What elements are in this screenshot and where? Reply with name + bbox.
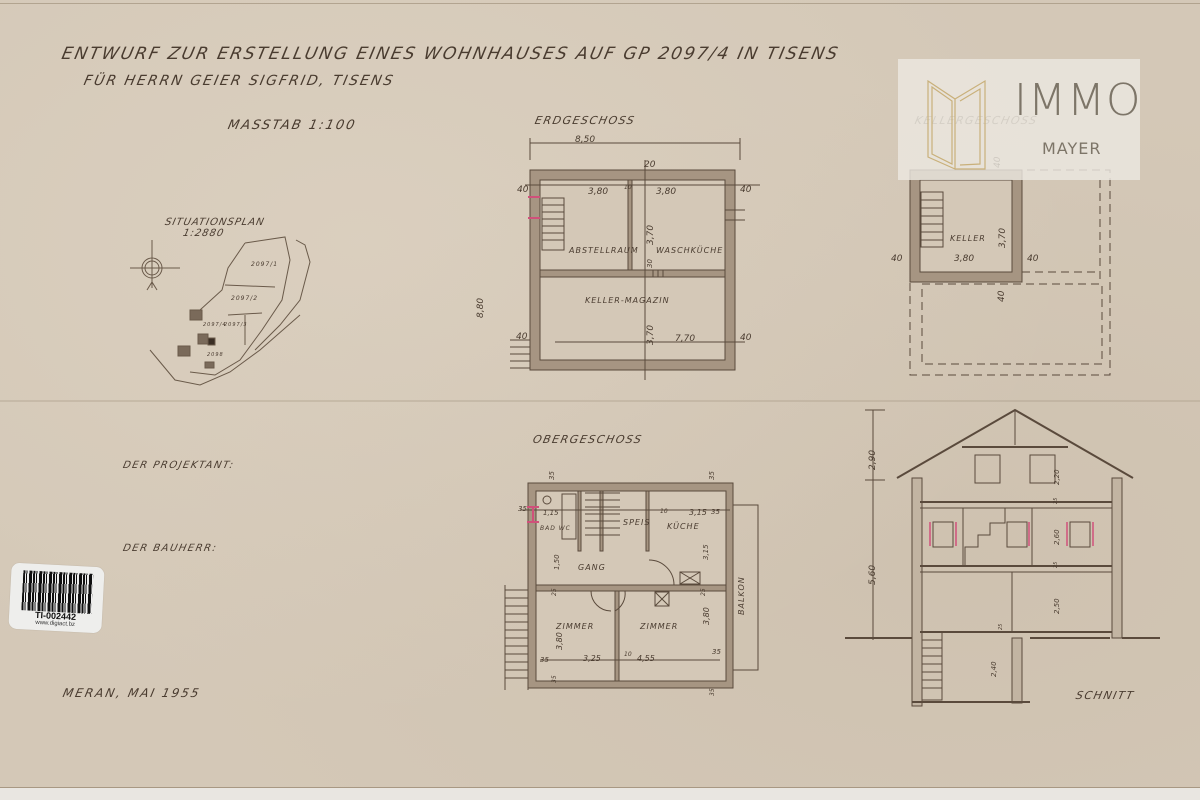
dimension: 3,70 xyxy=(998,228,1008,248)
dimension: 3,15 xyxy=(689,508,707,517)
dimension: 3,70 xyxy=(646,225,656,245)
section-heading: SCHNITT xyxy=(1075,689,1136,702)
room-label: WASCHKÜCHE xyxy=(656,246,723,255)
dimension: 5,60 xyxy=(868,565,878,585)
archive-barcode-label: TI-002442 www.digiact.bz xyxy=(8,563,104,634)
dimension: 3,80 xyxy=(702,607,711,625)
dimension: 8,80 xyxy=(476,298,486,318)
dimension: 25 xyxy=(700,588,707,596)
dimension: 2,50 xyxy=(1053,598,1061,614)
dimension: 35 xyxy=(518,505,527,513)
upper-floor-heading: OBERGESCHOSS xyxy=(532,433,644,446)
room-label: ZIMMER xyxy=(556,622,594,631)
dimension: 35 xyxy=(709,688,716,696)
dimension: 40 xyxy=(516,332,527,342)
dimension: 35 xyxy=(712,648,721,656)
dimension: 3,70 xyxy=(646,325,656,345)
dimension: 35 xyxy=(548,471,556,480)
dimension: 10 xyxy=(660,508,668,515)
dimension: 40 xyxy=(891,254,902,264)
ground-floor-plan xyxy=(510,138,760,380)
site-plan xyxy=(130,237,310,385)
room-label: KÜCHE xyxy=(667,522,700,531)
dimension: 1,50 xyxy=(553,554,561,570)
designer-signature-label: DER PROJEKTANT: xyxy=(122,460,236,471)
dimension: 2,60 xyxy=(1053,529,1061,545)
logo-brand-text: IMMO xyxy=(1014,75,1142,126)
dimension: 2,20 xyxy=(1053,469,1061,485)
dimension: 3,80 xyxy=(656,187,676,197)
document-title: ENTWURF ZUR ERSTELLUNG EINES WOHNHAUSES … xyxy=(60,44,841,64)
dimension: 3,80 xyxy=(954,254,974,264)
dimension: 10 xyxy=(624,184,632,191)
dimension: 25 xyxy=(998,624,1004,630)
dimension: 2,40 xyxy=(990,661,998,677)
parcel-label: 2097/1 xyxy=(251,261,278,268)
dimension: 7,70 xyxy=(675,334,695,344)
site-plan-scale: 1:2880 xyxy=(182,228,226,239)
parcel-label: 2097/4 xyxy=(203,322,227,328)
room-label: KELLER xyxy=(950,234,986,243)
dimension: 8,50 xyxy=(575,135,595,145)
dimension: 3,25 xyxy=(583,654,601,663)
dimension: 35 xyxy=(711,508,720,516)
basement-plan xyxy=(910,170,1110,375)
dimension: 25 xyxy=(551,588,558,596)
dimension: 3,15 xyxy=(702,544,710,560)
dimension: 10 xyxy=(624,651,632,658)
ground-floor-heading: ERDGESCHOSS xyxy=(534,114,637,127)
dimension: 25 xyxy=(1053,562,1059,568)
owner-signature-label: DER BAUHERR: xyxy=(122,543,219,554)
dimension: 35 xyxy=(551,675,558,683)
dimension: 40 xyxy=(997,291,1007,302)
logo-brand-subtext: MAYER xyxy=(1042,139,1102,158)
dimension: 4,55 xyxy=(637,654,655,663)
scale-label: MASSTAB 1:100 xyxy=(226,118,358,133)
barcode-icon xyxy=(21,570,93,614)
dimension: 20 xyxy=(644,160,655,170)
dimension: 35 xyxy=(540,656,549,664)
room-label: KELLER-MAGAZIN xyxy=(585,296,670,305)
room-label: GANG xyxy=(578,563,606,572)
dimension: 25 xyxy=(1053,498,1059,504)
room-label: SPEIS xyxy=(623,518,650,527)
dimension: 40 xyxy=(740,333,751,343)
dimension: 40 xyxy=(1027,254,1038,264)
room-label: ABSTELLRAUM xyxy=(569,246,639,255)
document-subtitle: FÜR HERRN GEIER SIGFRID, TISENS xyxy=(82,73,396,89)
door-icon xyxy=(920,69,1020,179)
site-plan-heading: SITUATIONSPLAN xyxy=(164,217,266,228)
dimension: 30 xyxy=(646,259,654,268)
room-label: ZIMMER xyxy=(640,622,678,631)
parcel-label: 2098 xyxy=(207,352,224,358)
dimension: 1,15 xyxy=(543,509,559,517)
dimension: 2,90 xyxy=(868,450,878,470)
room-label: BALKON xyxy=(737,576,746,615)
parcel-label: 2097/3 xyxy=(224,322,248,328)
dimension: 3,80 xyxy=(588,187,608,197)
dimension: 35 xyxy=(708,471,716,480)
room-label: BAD WC xyxy=(540,525,571,532)
dimension: 40 xyxy=(517,185,528,195)
dimension: 40 xyxy=(740,185,751,195)
sheet-bottom-edge xyxy=(0,787,1200,800)
section-drawing xyxy=(845,410,1160,706)
parcel-label: 2097/2 xyxy=(231,295,258,302)
dimension: 3,80 xyxy=(555,632,564,650)
place-date: MERAN, MAI 1955 xyxy=(62,686,203,700)
immo-mayer-logo: IMMO MAYER xyxy=(898,59,1140,180)
